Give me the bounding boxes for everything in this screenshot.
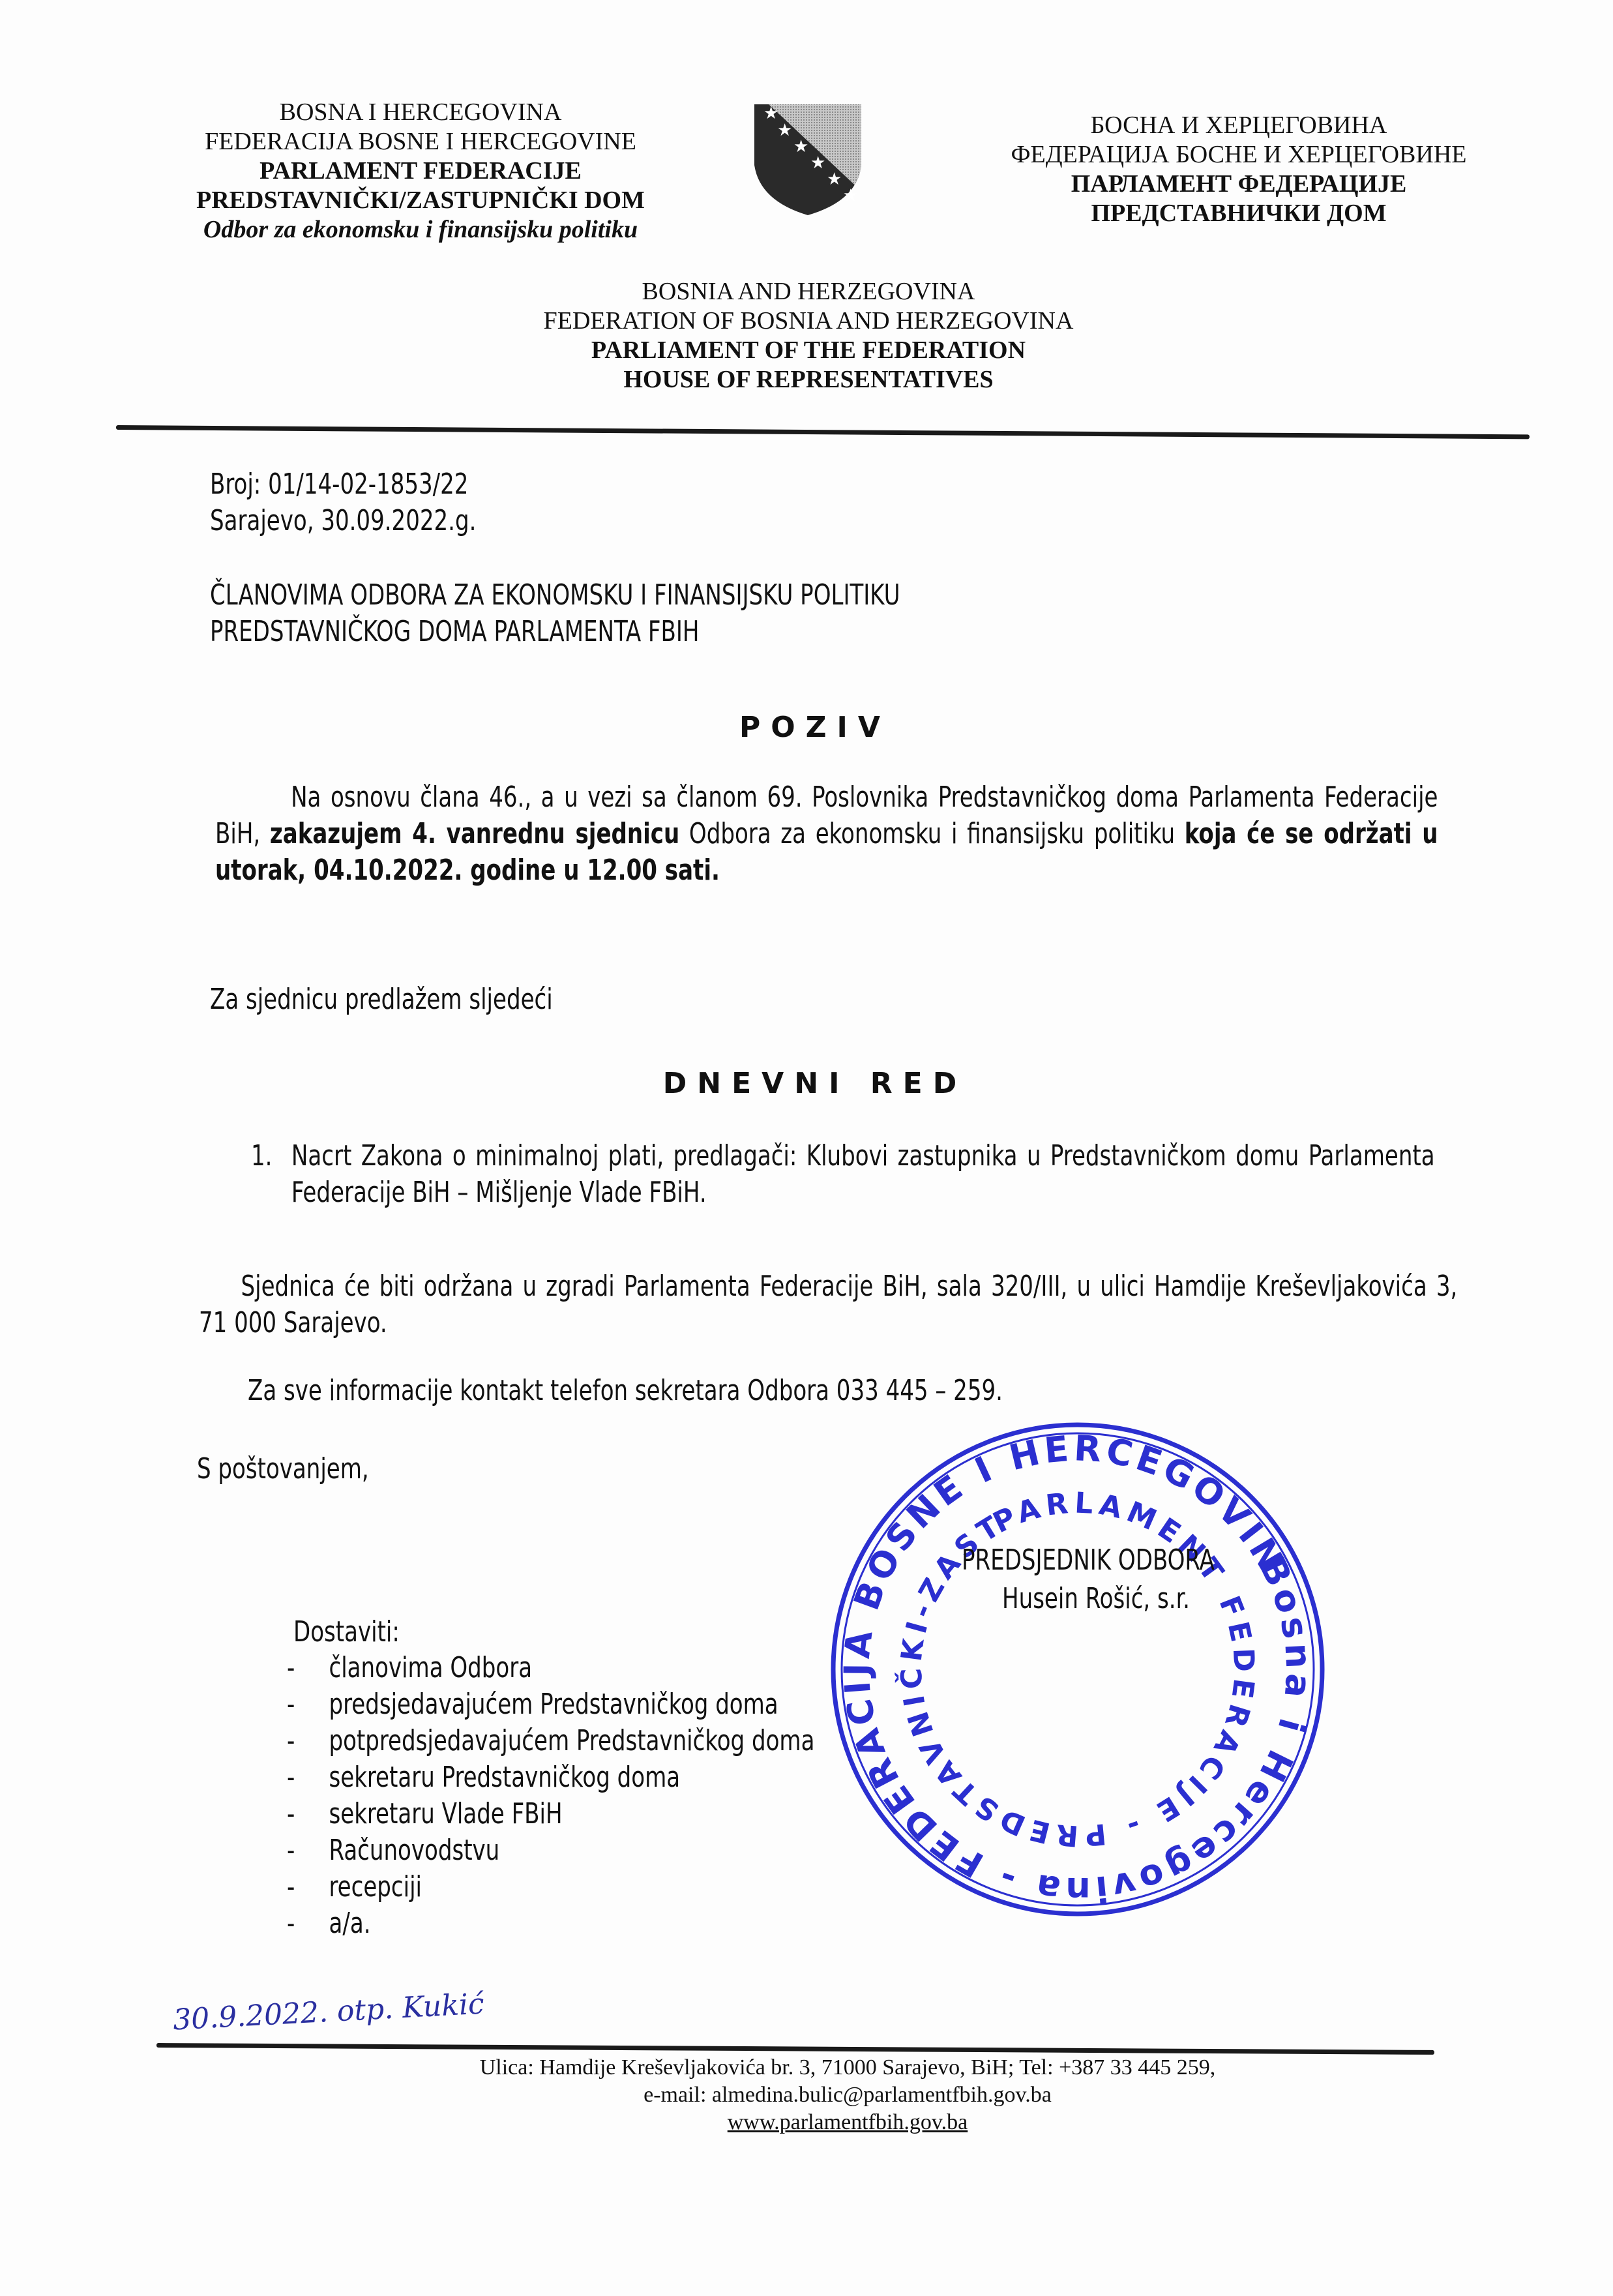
propose-text: Za sjednicu predlažem sljedeći — [210, 981, 553, 1018]
footer: Ulica: Hamdije Kreševljakovića br. 3, 71… — [326, 2054, 1369, 2136]
svg-text:★: ★ — [793, 137, 808, 157]
agenda-item-text: Nacrt Zakona o minimalnoj plati, predlag… — [291, 1138, 1435, 1211]
delivery-item-text: Računovodstvu — [329, 1832, 500, 1869]
agenda-title: DNEVNI RED — [587, 1067, 1043, 1100]
letterhead-parliament: PARLAMENT FEDERACIJE — [150, 157, 691, 186]
document-title: POZIV — [652, 711, 978, 744]
delivery-label: Dostaviti: — [293, 1614, 400, 1650]
location-paragraph: Sjednica će biti održana u zgradi Parlam… — [199, 1268, 1460, 1341]
svg-text:★: ★ — [763, 104, 778, 123]
letterhead-parliament-cyr: ПАРЛАМЕНТ ФЕДЕРАЦИЈЕ — [971, 170, 1506, 199]
closing-text: S poštovanjem, — [197, 1451, 369, 1487]
letterhead-federation: FEDERACIJA BOSNE I HERCEGOVINE — [150, 127, 691, 157]
delivery-item-text: a/a. — [329, 1905, 371, 1942]
delivery-item: -potpredsjedavajućem Predstavničkog doma — [287, 1723, 814, 1759]
svg-text:★: ★ — [810, 153, 825, 173]
letterhead-cyrillic: БОСНА И ХЕРЦЕГОВИНА ФЕДЕРАЦИЈА БОСНЕ И Х… — [971, 111, 1506, 228]
letterhead-house-cyr: ПРЕДСТАВНИЧКИ ДОМ — [971, 199, 1506, 228]
letterhead-house: PREDSTAVNIČKI/ZASTUPNIČKI DOM — [150, 186, 691, 215]
agenda-item-number: 1. — [251, 1138, 291, 1211]
delivery-item-text: recepciji — [329, 1869, 422, 1905]
delivery-item: -sekretaru Vlade FBiH — [287, 1796, 814, 1832]
footer-email[interactable]: e-mail: almedina.bulic@parlamentfbih.gov… — [326, 2081, 1369, 2109]
signatory-role: PREDSJEDNIK ODBORA — [962, 1542, 1215, 1579]
reference-block: Broj: 01/14-02-1853/22 Sarajevo, 30.09.2… — [210, 466, 476, 539]
letterhead-country: BOSNA I HERCEGOVINA — [150, 98, 691, 127]
agenda-item: 1. Nacrt Zakona o minimalnoj plati, pred… — [251, 1138, 1435, 1211]
svg-text:★: ★ — [843, 186, 858, 205]
letterhead-federation-cyr: ФЕДЕРАЦИЈА БОСНЕ И ХЕРЦЕГОВИНЕ — [971, 140, 1506, 170]
delivery-item: -recepciji — [287, 1869, 814, 1905]
footer-divider — [156, 2043, 1434, 2055]
addressee-line-2: PREDSTAVNIČKOG DOMA PARLAMENTA FBIH — [210, 614, 900, 650]
svg-text:PARLAMENT FEDERACIJE - PREDSTA: PARLAMENT FEDERACIJE - PREDSTAVNIČKI-ZAS… — [827, 1418, 1329, 1919]
addressee-line-1: ČLANOVIMA ODBORA ZA EKONOMSKU I FINANSIJ… — [210, 577, 900, 614]
intro-bold-1: zakazujem 4. vanrednu sjednicu — [270, 817, 679, 850]
signatory-name: Husein Rošić, s.r. — [1002, 1581, 1190, 1617]
svg-text:★: ★ — [777, 121, 792, 140]
delivery-item-text: članovima Odbora — [329, 1650, 533, 1686]
letterhead-country-cyr: БОСНА И ХЕРЦЕГОВИНА — [971, 111, 1506, 140]
agenda-list: 1. Nacrt Zakona o minimalnoj plati, pred… — [251, 1138, 1438, 1211]
letterhead-parliament-en: PARLIAMENT OF THE FEDERATION — [496, 336, 1121, 365]
official-stamp-icon: Bosna i Hercegovina - FEDERACIJA BOSNE I… — [827, 1418, 1329, 1920]
letterhead-english: BOSNIA AND HERZEGOVINA FEDERATION OF BOS… — [496, 277, 1121, 395]
reference-number: Broj: 01/14-02-1853/22 — [210, 466, 476, 503]
letterhead-bosnian: BOSNA I HERCEGOVINA FEDERACIJA BOSNE I H… — [150, 98, 691, 245]
delivery-item: -predsjedavajućem Predstavničkog doma — [287, 1686, 814, 1723]
delivery-item-text: predsjedavajućem Predstavničkog doma — [329, 1686, 778, 1723]
delivery-item: -članovima Odbora — [287, 1650, 814, 1686]
delivery-item: -a/a. — [287, 1905, 814, 1942]
letterhead-country-en: BOSNIA AND HERZEGOVINA — [496, 277, 1121, 306]
header-divider — [116, 425, 1530, 439]
intro-paragraph: Na osnovu člana 46., a u vezi sa članom … — [215, 779, 1441, 889]
intro-text-2: Odbora za ekonomsku i finansijsku politi… — [679, 817, 1185, 850]
coat-of-arms-icon: ★ ★ ★ ★ ★ ★ — [753, 103, 867, 217]
delivery-item-text: sekretaru Vlade FBiH — [329, 1796, 563, 1832]
letterhead-federation-en: FEDERATION OF BOSNIA AND HERZEGOVINA — [496, 306, 1121, 336]
delivery-item-text: sekretaru Predstavničkog doma — [329, 1759, 681, 1796]
delivery-item: -Računovodstvu — [287, 1832, 814, 1869]
delivery-item-text: potpredsjedavajućem Predstavničkog doma — [329, 1723, 815, 1759]
svg-text:★: ★ — [827, 170, 842, 189]
delivery-list: -članovima Odbora -predsjedavajućem Pred… — [287, 1650, 900, 1942]
handwritten-note: 30.9.2022. otp. Kukić — [172, 1988, 485, 2037]
footer-address: Ulica: Hamdije Kreševljakovića br. 3, 71… — [326, 2054, 1369, 2081]
location-text: Sjednica će biti održana u zgradi Parlam… — [199, 1268, 1457, 1341]
contact-text: Za sve informacije kontakt telefon sekre… — [248, 1373, 1003, 1409]
stamp-inner-text: PARLAMENT FEDERACIJE - PREDSTAVNIČKI-ZAS… — [827, 1418, 1329, 1919]
place-date: Sarajevo, 30.09.2022.g. — [210, 503, 476, 539]
letterhead-committee: Odbor za ekonomsku i finansijsku politik… — [150, 215, 691, 245]
footer-website-link[interactable]: www.parlamentfbih.gov.ba — [326, 2109, 1369, 2136]
delivery-item: -sekretaru Predstavničkog doma — [287, 1759, 814, 1796]
addressee-block: ČLANOVIMA ODBORA ZA EKONOMSKU I FINANSIJ… — [210, 577, 900, 650]
letterhead-house-en: HOUSE OF REPRESENTATIVES — [496, 365, 1121, 395]
